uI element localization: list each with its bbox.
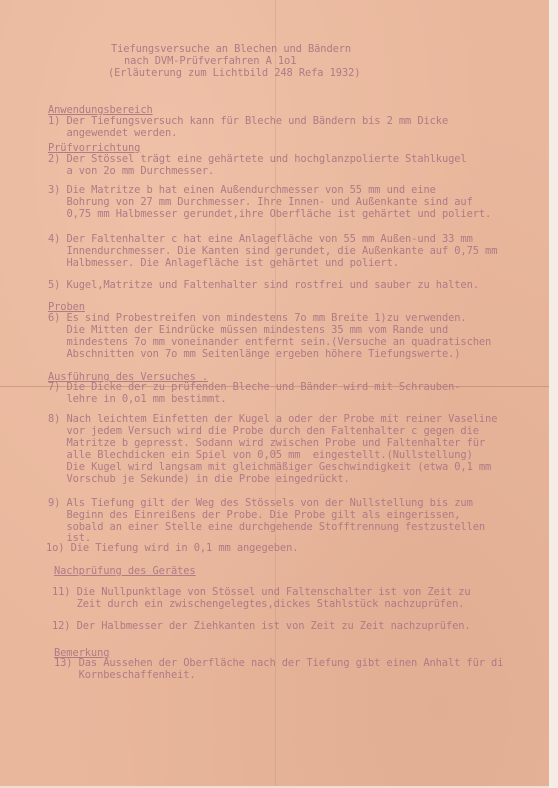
section-heading-nachpruefung: Nachprüfung des Gerätes <box>54 565 196 577</box>
item-9-line-1: 9) Als Tiefung gilt der Weg des Stössels… <box>48 497 473 509</box>
item-5-line-1: 5) Kugel,Matritze und Faltenhalter sind … <box>48 279 479 291</box>
item-9-line-2: Beginn des Einreißens der Probe. Die Pro… <box>48 509 460 521</box>
item-6-line-1: 6) Es sind Probestreifen von mindestens … <box>48 312 467 324</box>
item-11-line-1: 11) Die Nullpunktlage von Stössel und Fa… <box>52 586 471 598</box>
item-6-line-2: Die Mitten der Eindrücke müssen mindeste… <box>48 324 448 336</box>
item-4-line-2: Innendurchmesser. Die Kanten sind gerund… <box>48 245 497 257</box>
item-13-line-2: Kornbeschaffenheit. <box>54 669 196 681</box>
item-4-line-1: 4) Der Faltenhalter c hat eine Anlageflä… <box>48 233 473 245</box>
item-3-line-2: Bohrung von 27 mm Durchmesser. Ihre Inne… <box>48 196 473 208</box>
item-8-line-3: Matritze b gepresst. Sodann wird zwische… <box>48 437 485 449</box>
title-line-1: Tiefungsversuche an Blechen und Bändern <box>111 43 351 55</box>
item-2-line-1: 2) Der Stössel trägt eine gehärtete und … <box>48 153 467 165</box>
item-11-line-2: Zeit durch ein zwischengelegtes,dickes S… <box>52 598 464 610</box>
item-13-line-1: 13) Das Aussehen der Oberfläche nach der… <box>54 657 503 669</box>
item-12-line-1: 12) Der Halbmesser der Ziehkanten ist vo… <box>52 620 471 632</box>
title-line-3: (Erläuterung zum Lichtbild 248 Refa 1932… <box>108 67 360 79</box>
page-edge <box>549 0 558 788</box>
item-8-line-5: Die Kugel wird langsam mit gleichmäßiger… <box>48 461 491 473</box>
item-8-line-2: vor jedem Versuch wird die Probe durch d… <box>48 425 479 437</box>
item-7-line-2: lehre in 0,o1 mm bestimmt. <box>48 393 227 405</box>
item-6-line-4: Abschnitten von 7o mm Seitenlänge ergebe… <box>48 348 460 360</box>
item-9-line-3: sobald an einer Stelle eine durchgehende… <box>48 521 485 533</box>
title-line-2: nach DVM-Prüfverfahren A 1o1 <box>124 55 296 67</box>
item-7-line-1: 7) Die Dicke der zu prüfenden Bleche und… <box>48 381 460 393</box>
item-10-line-1: 1o) Die Tiefung wird in 0,1 mm angegeben… <box>46 542 298 554</box>
item-8-line-1: 8) Nach leichtem Einfetten der Kugel a o… <box>48 413 497 425</box>
item-1-line-2: angewendet werden. <box>48 127 177 139</box>
item-3-line-3: 0,75 mm Halbmesser gerundet,ihre Oberflä… <box>48 208 491 220</box>
item-4-line-3: Halbmesser. Die Anlagefläche ist gehärte… <box>48 257 399 269</box>
item-8-line-4: alle Blechdicken ein Spiel von 0,05 mm e… <box>48 449 473 461</box>
item-2-line-2: a von 2o mm Durchmesser. <box>48 165 214 177</box>
item-6-line-3: mindestens 7o mm voneinander entfernt se… <box>48 336 491 348</box>
item-8-line-6: Vorschub je Sekunde) in die Probe einged… <box>48 473 350 485</box>
item-3-line-1: 3) Die Matritze b hat einen Außendurchme… <box>48 184 436 196</box>
item-1-line-1: 1) Der Tiefungsversuch kann für Bleche u… <box>48 115 448 127</box>
